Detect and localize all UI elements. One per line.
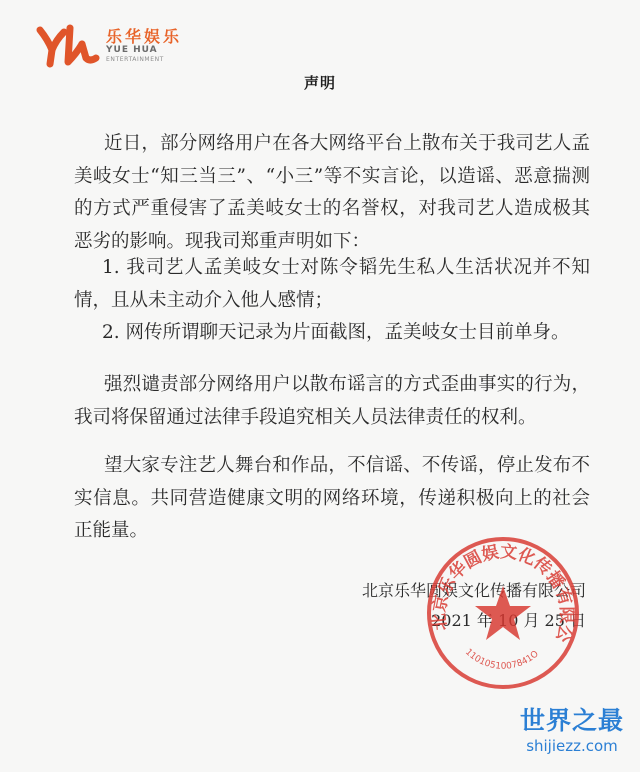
paragraph-condemnation: 强烈谴责部分网络用户以散布谣言的方式歪曲事实的行为，我司将保留通过法律手段追究相…	[74, 369, 590, 434]
paragraph-intro: 近日，部分网络用户在各大网络平台上散布关于我司艺人孟美岐女士“知三当三”、“小三…	[74, 128, 590, 258]
yh-logo-mark-icon	[34, 18, 100, 70]
logo-name-en: YUE HUA	[106, 45, 158, 55]
svg-text:1101051007841O: 1101051007841O	[463, 647, 541, 671]
paragraph-text: 望大家专注艺人舞台和作品，不信谣、不传谣，停止发布不实信息。共同营造健康文明的网…	[74, 450, 590, 548]
site-watermark: 世界之最 shijiezz.com	[512, 706, 632, 766]
star-icon	[475, 586, 531, 640]
paragraph-appeal: 望大家专注艺人舞台和作品，不信谣、不传谣，停止发布不实信息。共同营造健康文明的网…	[74, 450, 590, 548]
logo-name-cn: 乐华娱乐	[106, 24, 182, 47]
list-item: 2. 网传所谓聊天记录为片面截图，孟美岐女士目前单身。	[74, 317, 590, 350]
company-logo: 乐华娱乐 YUE HUA ENTERTAINMENT	[34, 14, 194, 74]
watermark-en: shijiezz.com	[512, 736, 632, 756]
watermark-cn: 世界之最	[512, 706, 632, 736]
paragraph-text: 强烈谴责部分网络用户以散布谣言的方式歪曲事实的行为，我司将保留通过法律手段追究相…	[74, 369, 590, 434]
paragraph-text: 近日，部分网络用户在各大网络平台上散布关于我司艺人孟美岐女士“知三当三”、“小三…	[74, 128, 590, 258]
logo-subtitle: ENTERTAINMENT	[106, 56, 164, 63]
list-item: 1. 我司艺人孟美岐女士对陈令韬先生私人生活状况并不知情，且从未主动介入他人感情…	[74, 252, 590, 317]
company-seal-stamp-icon: 北京乐华圆娱文化传播有限公司 1101051007841O	[424, 534, 582, 692]
statement-list: 1. 我司艺人孟美岐女士对陈令韬先生私人生活状况并不知情，且从未主动介入他人感情…	[74, 252, 590, 350]
document-title: 声明	[0, 72, 640, 93]
stamp-number: 1101051007841O	[463, 647, 541, 671]
